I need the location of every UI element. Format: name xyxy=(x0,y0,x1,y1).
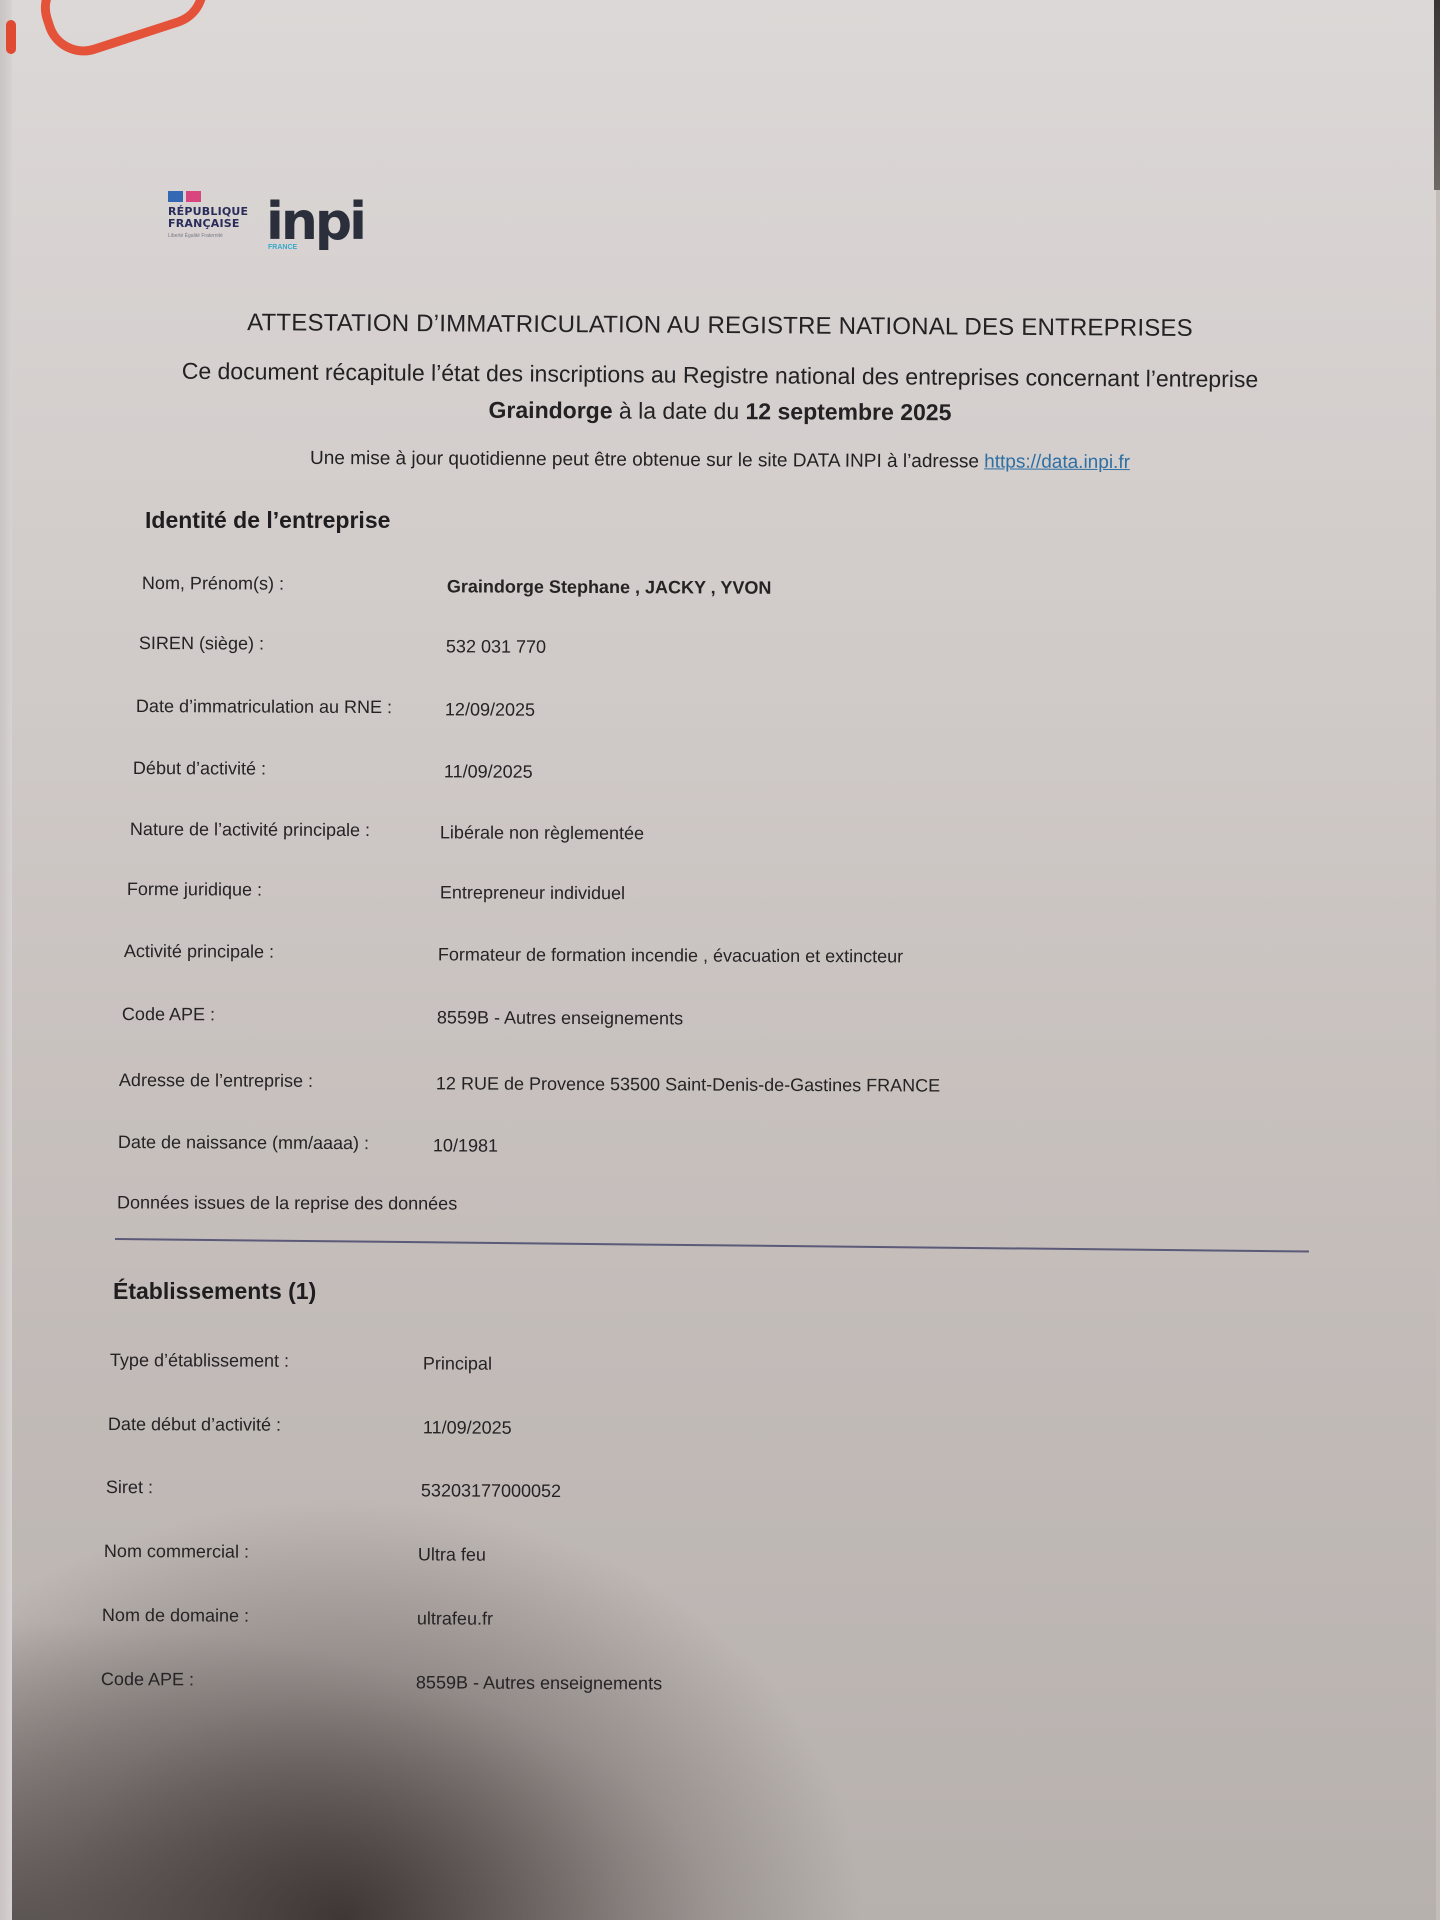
identity-field-label: Date de naissance (mm/aaaa) : xyxy=(118,1132,369,1154)
establishment-field-label: Nom de domaine : xyxy=(102,1605,249,1627)
identity-field-value: 11/09/2025 xyxy=(444,761,533,782)
section-divider xyxy=(115,1238,1309,1253)
establishment-field-label: Date début d’activité : xyxy=(108,1414,281,1436)
company-name: Graindorge xyxy=(489,397,613,424)
update-notice-text: Une mise à jour quotidienne peut être ob… xyxy=(310,448,984,473)
marianne-flag-icon xyxy=(168,191,258,202)
establishment-field-value: Principal xyxy=(423,1353,492,1374)
identity-field-label: Nom, Prénom(s) : xyxy=(142,573,284,595)
republique-francaise-logo: RÉPUBLIQUE FRANÇAISE Liberté Égalité Fra… xyxy=(168,191,258,240)
inpi-wordmark: inpi xyxy=(266,196,364,248)
update-notice: Une mise à jour quotidienne peut être ob… xyxy=(0,446,1440,476)
establishment-field-value: ultrafeu.fr xyxy=(417,1608,493,1629)
identity-field-label: Date d’immatriculation au RNE : xyxy=(136,696,392,718)
document-title: ATTESTATION D’IMMATRICULATION AU REGISTR… xyxy=(0,308,1440,345)
establishment-field-label: Type d’établissement : xyxy=(110,1350,289,1372)
attestation-date: 12 septembre 2025 xyxy=(745,398,951,425)
identity-field-label: Début d’activité : xyxy=(133,758,266,780)
inpi-country: FRANCE xyxy=(268,244,297,251)
identity-field-label: Activité principale : xyxy=(124,941,274,963)
establishment-field-value: 8559B - Autres enseignements xyxy=(416,1672,662,1694)
data-inpi-link[interactable]: https://data.inpi.fr xyxy=(984,451,1130,473)
identity-field-value: Graindorge Stephane , JACKY , YVON xyxy=(447,576,772,598)
document-subtitle-date: Graindorge à la date du 12 septembre 202… xyxy=(0,394,1440,429)
data-source-note: Données issues de la reprise des données xyxy=(117,1192,457,1214)
identity-field-label: Adresse de l’entreprise : xyxy=(119,1070,313,1092)
identity-heading: Identité de l’entreprise xyxy=(145,507,390,534)
identity-field-value: 10/1981 xyxy=(433,1135,498,1156)
establishment-field-value: Ultra feu xyxy=(418,1544,486,1565)
identity-field-value: 12/09/2025 xyxy=(445,699,535,720)
document-content: RÉPUBLIQUE FRANÇAISE Liberté Égalité Fra… xyxy=(0,0,1440,1920)
establishment-field-value: 11/09/2025 xyxy=(423,1417,512,1438)
identity-field-value: 532 031 770 xyxy=(446,636,546,657)
identity-field-value: Formateur de formation incendie , évacua… xyxy=(438,944,903,967)
identity-field-label: SIREN (siège) : xyxy=(139,633,264,655)
identity-field-value: Entrepreneur individuel xyxy=(440,882,625,904)
identity-field-value: Libérale non règlementée xyxy=(440,822,644,844)
inpi-logo: inpi FRANCE xyxy=(266,196,364,248)
establishment-field-value: 53203177000052 xyxy=(421,1480,561,1502)
identity-field-value: 12 RUE de Provence 53500 Saint-Denis-de-… xyxy=(436,1073,940,1096)
republique-motto: Liberté Égalité Fraternité xyxy=(168,233,258,240)
identity-field-label: Forme juridique : xyxy=(127,879,262,901)
identity-field-value: 8559B - Autres enseignements xyxy=(437,1007,683,1029)
establishments-heading: Établissements (1) xyxy=(113,1278,316,1305)
identity-field-label: Nature de l’activité principale : xyxy=(130,819,370,841)
republique-line-2: FRANÇAISE xyxy=(168,218,258,230)
establishment-field-label: Code APE : xyxy=(101,1669,194,1690)
document-subtitle: Ce document récapitule l’état des inscri… xyxy=(0,356,1440,394)
identity-field-label: Code APE : xyxy=(122,1004,215,1025)
establishment-field-label: Siret : xyxy=(106,1477,153,1498)
subtitle-connector: à la date du xyxy=(612,397,745,424)
establishment-field-label: Nom commercial : xyxy=(104,1541,249,1563)
